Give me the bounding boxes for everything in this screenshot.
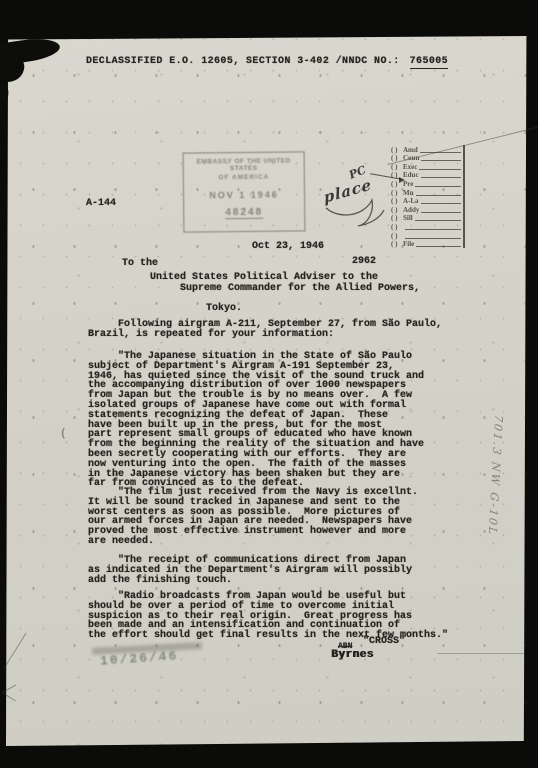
routing-row: ( ) A-La [391, 197, 461, 206]
routing-label: Pre [403, 180, 413, 188]
addressee-line2: Supreme Commander for the Allied Powers, [180, 283, 420, 294]
receipt-stamp: EMBASSY OF THE UNITED STATES OF AMERICA … [183, 151, 306, 232]
routing-row: ( ) [391, 231, 461, 240]
routing-checkbox: ( ) [391, 232, 403, 240]
routing-row: ( ) Coun [391, 154, 461, 163]
routing-label: File [403, 240, 414, 248]
margin-paren-mark: ( [60, 428, 67, 440]
body-paragraph-3: "The film just received from the Navy is… [88, 488, 418, 547]
control-number: 2962 [352, 256, 376, 267]
routing-checkbox: ( ) [391, 240, 403, 248]
routing-checkbox: ( ) [391, 171, 403, 179]
salutation: To the [122, 258, 158, 269]
routing-row: ( ) [391, 222, 461, 231]
receipt-stamp-org-line1: EMBASSY OF THE UNITED STATES [184, 157, 304, 172]
routing-row: ( ) Pre [391, 179, 461, 188]
routing-label: Coun [403, 154, 419, 162]
routing-fill-line [419, 169, 461, 170]
routing-checkbox: ( ) [391, 154, 403, 162]
signature-flourish [320, 190, 390, 230]
faint-line [437, 653, 525, 654]
routing-fill-line [405, 229, 461, 230]
body-paragraph-2: "The Japanese situation in the State of … [88, 352, 424, 489]
nndc-number: 765005 [410, 56, 448, 69]
scan-artifact [16, 64, 22, 70]
routing-fill-line [420, 152, 461, 153]
routing-checkbox: ( ) [391, 163, 403, 171]
routing-checkbox: ( ) [391, 223, 403, 231]
body-paragraph-1: Following airgram A-211, September 27, f… [88, 320, 442, 340]
document-date: Oct 23, 1946 [252, 241, 324, 252]
routing-row: ( ) File [391, 240, 461, 249]
signature: Byrnes [331, 649, 374, 661]
receipt-stamp-org-line2: OF AMERICA [184, 173, 304, 181]
airgram-number: A-144 [86, 198, 116, 209]
routing-fill-line [415, 220, 461, 221]
routing-fill-line [421, 177, 461, 178]
signoff-cross: "CROSS" [363, 636, 405, 647]
routing-label: Exec [403, 163, 417, 171]
routing-fill-line [416, 246, 461, 247]
routing-row: ( ) Sill [391, 214, 461, 223]
body-paragraph-5: "Radio broadcasts from Japan would be us… [88, 592, 448, 641]
scanned-document-page: DECLASSIFIED E.O. 12605, SECTION 3-402 /… [0, 0, 538, 768]
routing-stamp: ( ) Amd ( ) Coun ( ) Exec ( ) Educ ( ) P… [391, 145, 465, 248]
routing-label: Mn [403, 189, 414, 197]
routing-checkbox: ( ) [391, 180, 403, 188]
routing-fill-line [405, 238, 461, 239]
routing-fill-line [416, 195, 462, 196]
routing-fill-line [415, 186, 461, 187]
routing-fill-line [421, 160, 461, 161]
routing-row: ( ) Educ [391, 171, 461, 180]
routing-label: A-La [403, 197, 419, 205]
receipt-stamp-date: NOV 1 1946 [184, 189, 304, 200]
routing-label: Addy [403, 206, 419, 214]
routing-checkbox: ( ) [391, 206, 403, 214]
addressee-line1: United States Political Adviser to the [150, 272, 378, 283]
declassification-label: DECLASSIFIED E.O. 12605, SECTION 3-402 /… [86, 56, 400, 67]
routing-checkbox: ( ) [391, 146, 403, 154]
routing-row: ( ) Amd [391, 145, 461, 154]
receipt-stamp-number: 48248 [225, 207, 263, 219]
routing-row: ( ) Exec [391, 162, 461, 171]
declassification-header: DECLASSIFIED E.O. 12605, SECTION 3-402 /… [86, 56, 448, 67]
addressee-city: Tokyo. [206, 303, 242, 314]
routing-label: Amd [403, 146, 418, 154]
body-paragraph-4: "The receipt of communications direct fr… [88, 556, 412, 585]
routing-checkbox: ( ) [391, 197, 403, 205]
routing-row: ( ) Addy [391, 205, 461, 214]
routing-label: Educ [403, 171, 419, 179]
routing-row: ( ) Mn [391, 188, 461, 197]
routing-fill-line [421, 212, 461, 213]
routing-checkbox: ( ) [391, 189, 403, 197]
routing-checkbox: ( ) [391, 214, 403, 222]
routing-label: Sill [403, 214, 413, 222]
routing-fill-line [421, 203, 461, 204]
